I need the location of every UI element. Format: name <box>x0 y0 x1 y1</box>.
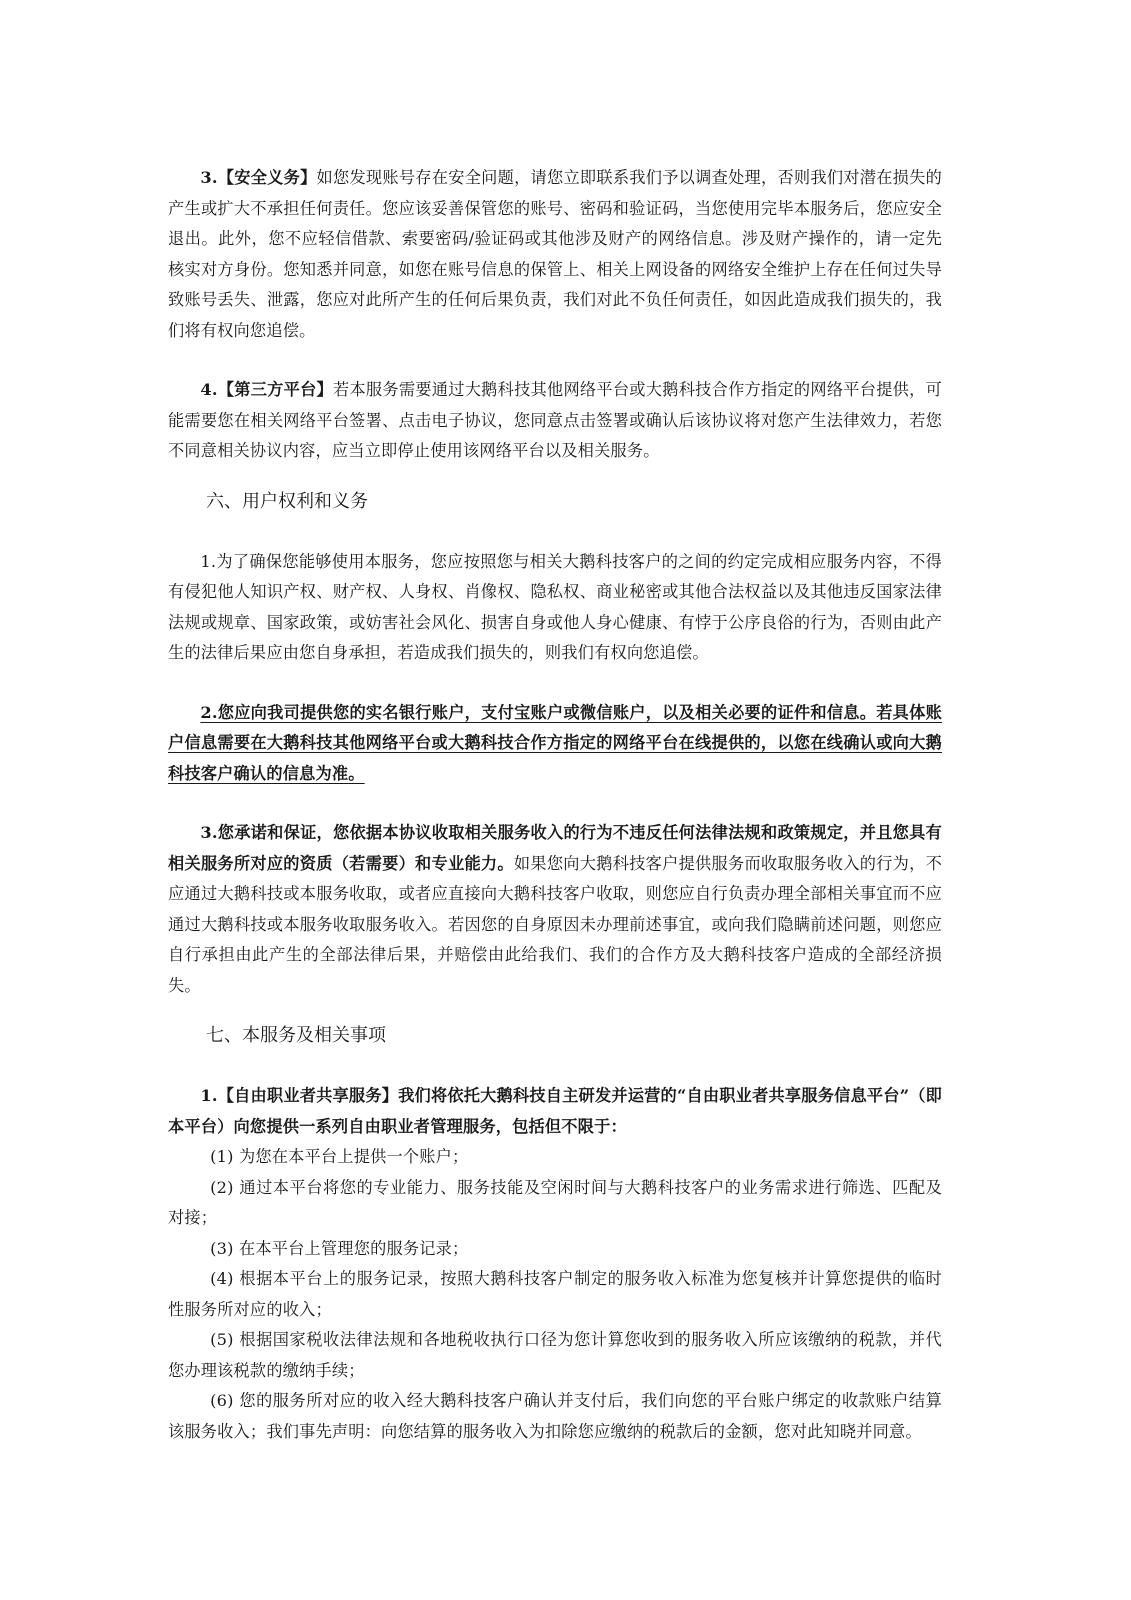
clause-number: 4. <box>200 380 217 399</box>
paragraph-freelancer-service: 1.【自由职业者共享服务】我们将依托大鹅科技自主研发并运营的“自由职业者共享服务… <box>168 1081 942 1142</box>
paragraph-security-obligation: 3.【安全义务】如您发现账号存在安全问题，请您立即联系我们予以调查处理，否则我们… <box>168 163 942 346</box>
document-page: 3.【安全义务】如您发现账号存在安全问题，请您立即联系我们予以调查处理，否则我们… <box>168 163 942 1447</box>
list-item: (2) 通过本平台将您的专业能力、服务技能及空闲时间与大鹅科技客户的业务需求进行… <box>168 1173 942 1234</box>
list-item: (1) 为您在本平台上提供一个账户； <box>168 1142 942 1173</box>
paragraph-third-party-platform: 4.【第三方平台】若本服务需要通过大鹅科技其他网络平台或大鹅科技合作方指定的网络… <box>168 375 942 467</box>
clause-tag: 【第三方平台】 <box>218 380 333 399</box>
list-item: (5) 根据国家税收法律法规和各地税收执行口径为您计算您收到的服务收入所应该缴纳… <box>168 1325 942 1386</box>
section-heading-service-matters: 七、本服务及相关事项 <box>168 1021 942 1051</box>
clause-tag: 【安全义务】 <box>218 168 317 187</box>
clause-number: 3. <box>200 168 217 187</box>
paragraph-user-obligation-2: 2.您应向我司提供您的实名银行账户，支付宝账户或微信账户，以及相关必要的证件和信… <box>168 698 942 790</box>
clause-text-emphasized: 2.您应向我司提供您的实名银行账户，支付宝账户或微信账户，以及相关必要的证件和信… <box>168 703 942 783</box>
paragraph-user-obligation-3: 3.您承诺和保证，您依据本协议收取相关服务收入的行为不违反任何法律法规和政策规定… <box>168 818 942 1001</box>
list-item: (3) 在本平台上管理您的服务记录； <box>168 1234 942 1265</box>
list-item: (6) 您的服务所对应的收入经大鹅科技客户确认并支付后，我们向您的平台账户绑定的… <box>168 1386 942 1447</box>
clause-tag: 【自由职业者共享服务】 <box>218 1086 398 1105</box>
section-heading-user-rights: 六、用户权利和义务 <box>168 487 942 517</box>
clause-text: 如果您向大鹅科技客户提供服务而收取服务收入的行为，不应通过大鹅科技或本服务收取，… <box>168 854 942 995</box>
clause-text: 如您发现账号存在安全问题，请您立即联系我们予以调查处理，否则我们对潜在损失的产生… <box>168 168 942 340</box>
clause-text: 1.为了确保您能够使用本服务，您应按照您与相关大鹅科技客户的之间的约定完成相应服… <box>168 552 942 663</box>
clause-number: 1. <box>200 1086 217 1105</box>
paragraph-user-obligation-1: 1.为了确保您能够使用本服务，您应按照您与相关大鹅科技客户的之间的约定完成相应服… <box>168 547 942 669</box>
list-item: (4) 根据本平台上的服务记录，按照大鹅科技客户制定的服务收入标准为您复核并计算… <box>168 1264 942 1325</box>
